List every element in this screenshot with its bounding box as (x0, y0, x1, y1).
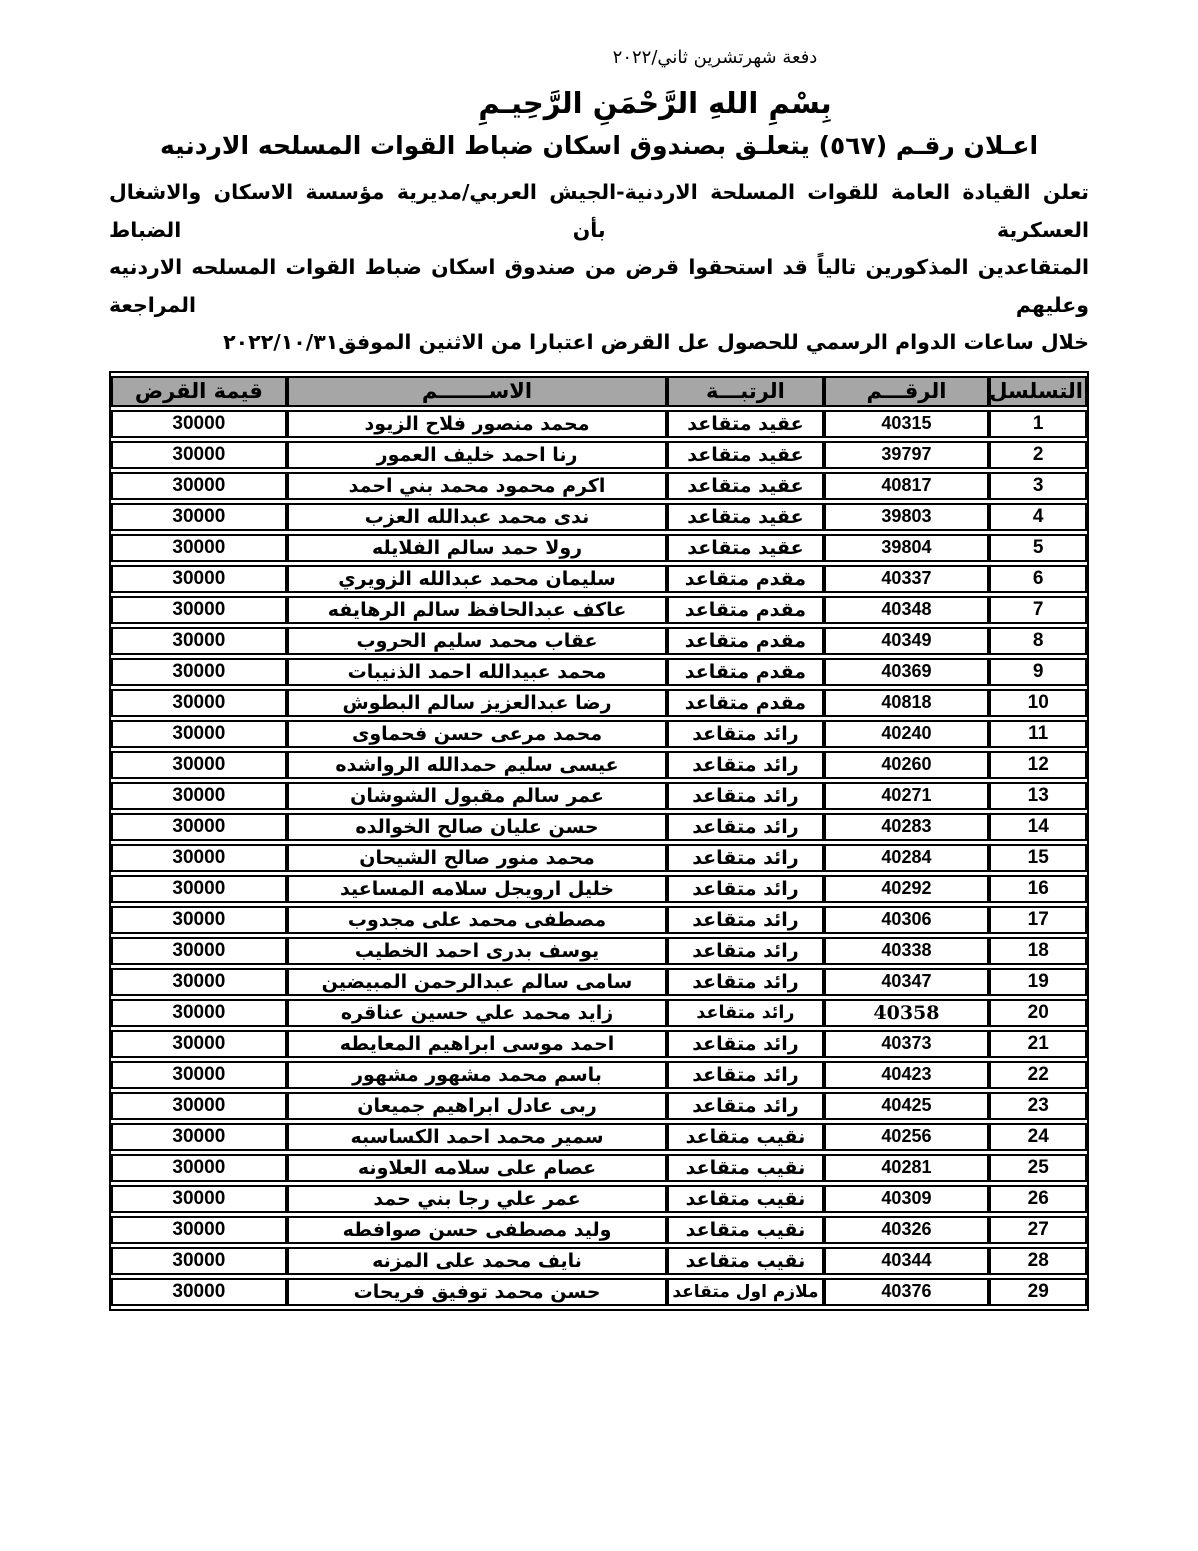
loan-cell: 30000 (111, 689, 287, 717)
number-cell: 40309 (824, 1185, 990, 1213)
body-line-3: خلال ساعات الدوام الرسمي للحصول عل القرض… (109, 324, 1089, 362)
number-cell: 40423 (824, 1061, 990, 1089)
loan-cell: 30000 (111, 751, 287, 779)
table-row: 21 40373 رائد متقاعد احمد موسى ابراهيم ا… (111, 1030, 1087, 1058)
number-cell: 40292 (824, 875, 990, 903)
name-cell: حسن عليان صالح الخوالده (287, 813, 668, 841)
table-row: 16 40292 رائد متقاعد خليل ارويجل سلامه ا… (111, 875, 1087, 903)
number-cell: 39804 (824, 534, 990, 562)
name-cell: سمير محمد احمد الكساسبه (287, 1123, 668, 1151)
loan-cell: 30000 (111, 503, 287, 531)
serial-cell: 3 (989, 472, 1087, 500)
number-cell: 40326 (824, 1216, 990, 1244)
rank-cell: رائد متقاعد (667, 1061, 823, 1089)
serial-cell: 5 (989, 534, 1087, 562)
batch-line: دفعة شهرتشرين ثاني/٢٠٢٢ (116, 46, 1198, 70)
table-row: 29 40376 ملازم اول متقاعد حسن محمد توفيق… (111, 1278, 1087, 1306)
serial-cell: 9 (989, 658, 1087, 686)
rank-cell: رائد متقاعد (667, 813, 823, 841)
loan-table-header: التسلسل الرقـــم الرتبـــة الاســـــــم … (111, 376, 1087, 407)
name-cell: سليمان محمد عبدالله الزويري (287, 565, 668, 593)
serial-cell: 8 (989, 627, 1087, 655)
header-number: الرقـــم (824, 376, 990, 407)
number-cell: 40358 (824, 999, 990, 1027)
body-line-1: تعلن القيادة العامة للقوات المسلحة الارد… (109, 174, 1089, 249)
number-cell: 40349 (824, 627, 990, 655)
number-cell: 40281 (824, 1154, 990, 1182)
table-row: 26 40309 نقيب متقاعد عمر علي رجا بني حمد… (111, 1185, 1087, 1213)
number-cell: 40818 (824, 689, 990, 717)
name-cell: زايد محمد علي حسين عناقره (287, 999, 668, 1027)
loan-cell: 30000 (111, 1185, 287, 1213)
serial-cell: 28 (989, 1247, 1087, 1275)
table-row: 18 40338 رائد متقاعد يوسف بدرى احمد الخط… (111, 937, 1087, 965)
header-name: الاســـــــم (287, 376, 668, 407)
table-row: 6 40337 مقدم متقاعد سليمان محمد عبدالله … (111, 565, 1087, 593)
name-cell: رولا حمد سالم الفلايله (287, 534, 668, 562)
rank-cell: نقيب متقاعد (667, 1154, 823, 1182)
serial-cell: 19 (989, 968, 1087, 996)
serial-cell: 13 (989, 782, 1087, 810)
loan-cell: 30000 (111, 906, 287, 934)
name-cell: مصطفى محمد على مجدوب (287, 906, 668, 934)
loan-cell: 30000 (111, 596, 287, 624)
loan-table-body: 1 40315 عقيد متقاعد محمد منصور فلاح الزي… (111, 410, 1087, 1306)
name-cell: رنا احمد خليف العمور (287, 441, 668, 469)
loan-cell: 30000 (111, 1061, 287, 1089)
rank-cell: مقدم متقاعد (667, 596, 823, 624)
name-cell: يوسف بدرى احمد الخطيب (287, 937, 668, 965)
loan-cell: 30000 (111, 534, 287, 562)
table-row: 19 40347 رائد متقاعد سامى سالم عبدالرحمن… (111, 968, 1087, 996)
table-row: 9 40369 مقدم متقاعد محمد عبيدالله احمد ا… (111, 658, 1087, 686)
loan-cell: 30000 (111, 1030, 287, 1058)
number-cell: 40338 (824, 937, 990, 965)
rank-cell: مقدم متقاعد (667, 565, 823, 593)
name-cell: اكرم محمود محمد بني احمد (287, 472, 668, 500)
loan-cell: 30000 (111, 658, 287, 686)
rank-cell: ملازم اول متقاعد (667, 1278, 823, 1306)
table-row: 24 40256 نقيب متقاعد سمير محمد احمد الكس… (111, 1123, 1087, 1151)
table-row: 28 40344 نقيب متقاعد نايف محمد على المزن… (111, 1247, 1087, 1275)
rank-cell: رائد متقاعد (667, 844, 823, 872)
rank-cell: رائد متقاعد (667, 968, 823, 996)
name-cell: عقاب محمد سليم الحروب (287, 627, 668, 655)
header-row: التسلسل الرقـــم الرتبـــة الاســـــــم … (111, 376, 1087, 407)
name-cell: محمد منصور فلاح الزيود (287, 410, 668, 438)
loan-cell: 30000 (111, 472, 287, 500)
serial-cell: 1 (989, 410, 1087, 438)
table-row: 7 40348 مقدم متقاعد عاكف عبدالحافظ سالم … (111, 596, 1087, 624)
rank-cell: مقدم متقاعد (667, 627, 823, 655)
number-cell: 40373 (824, 1030, 990, 1058)
table-row: 22 40423 رائد متقاعد باسم محمد مشهور مشه… (111, 1061, 1087, 1089)
number-cell: 40315 (824, 410, 990, 438)
number-cell: 40283 (824, 813, 990, 841)
serial-cell: 27 (989, 1216, 1087, 1244)
loan-cell: 30000 (111, 968, 287, 996)
header-loan: قيمة القرض (111, 376, 287, 407)
loan-cell: 30000 (111, 999, 287, 1027)
number-cell: 39797 (824, 441, 990, 469)
loan-cell: 30000 (111, 441, 287, 469)
serial-cell: 12 (989, 751, 1087, 779)
table-row: 5 39804 عقيد متقاعد رولا حمد سالم الفلاي… (111, 534, 1087, 562)
name-cell: ندى محمد عبدالله العزب (287, 503, 668, 531)
rank-cell: نقيب متقاعد (667, 1216, 823, 1244)
name-cell: احمد موسى ابراهيم المعايطه (287, 1030, 668, 1058)
serial-cell: 29 (989, 1278, 1087, 1306)
table-row: 8 40349 مقدم متقاعد عقاب محمد سليم الحرو… (111, 627, 1087, 655)
rank-cell: رائد متقاعد (667, 906, 823, 934)
table-row: 2 39797 عقيد متقاعد رنا احمد خليف العمور… (111, 441, 1087, 469)
serial-cell: 24 (989, 1123, 1087, 1151)
table-row: 3 40817 عقيد متقاعد اكرم محمود محمد بني … (111, 472, 1087, 500)
number-cell: 40240 (824, 720, 990, 748)
loan-cell: 30000 (111, 813, 287, 841)
number-cell: 40271 (824, 782, 990, 810)
rank-cell: رائد متقاعد (667, 1092, 823, 1120)
serial-cell: 4 (989, 503, 1087, 531)
serial-cell: 20 (989, 999, 1087, 1027)
rank-cell: رائد متقاعد (667, 937, 823, 965)
table-row: 10 40818 مقدم متقاعد رضا عبدالعزيز سالم … (111, 689, 1087, 717)
rank-cell: نقيب متقاعد (667, 1123, 823, 1151)
loan-cell: 30000 (111, 1154, 287, 1182)
table-row: 1 40315 عقيد متقاعد محمد منصور فلاح الزي… (111, 410, 1087, 438)
table-row: 12 40260 رائد متقاعد عيسى سليم حمدالله ا… (111, 751, 1087, 779)
rank-cell: مقدم متقاعد (667, 658, 823, 686)
document-page: دفعة شهرتشرين ثاني/٢٠٢٢ بِسْمِ اللهِ الر… (0, 0, 1198, 1311)
number-cell: 40337 (824, 565, 990, 593)
loan-cell: 30000 (111, 1092, 287, 1120)
name-cell: ربى عادل ابراهيم جميعان (287, 1092, 668, 1120)
number-cell: 39803 (824, 503, 990, 531)
table-row: 11 40240 رائد متقاعد محمد مرعى حسن فحماو… (111, 720, 1087, 748)
serial-cell: 10 (989, 689, 1087, 717)
serial-cell: 18 (989, 937, 1087, 965)
rank-cell: نقيب متقاعد (667, 1185, 823, 1213)
body-line-2: المتقاعدين المذكورين تالياً قد استحقوا ق… (109, 249, 1089, 324)
loan-cell: 30000 (111, 1216, 287, 1244)
announcement-body: تعلن القيادة العامة للقوات المسلحة الارد… (109, 174, 1089, 362)
number-cell: 40425 (824, 1092, 990, 1120)
serial-cell: 26 (989, 1185, 1087, 1213)
table-row: 14 40283 رائد متقاعد حسن عليان صالح الخو… (111, 813, 1087, 841)
table-row: 20 40358 رائد متقاعد زايد محمد علي حسين … (111, 999, 1087, 1027)
number-cell: 40348 (824, 596, 990, 624)
loan-cell: 30000 (111, 720, 287, 748)
number-cell: 40306 (824, 906, 990, 934)
bismillah-text: بِسْمِ اللهِ الرَّحْمَنِ الرَّحِيـمِ (56, 82, 1198, 124)
name-cell: سامى سالم عبدالرحمن المبيضين (287, 968, 668, 996)
rank-cell: رائد متقاعد (667, 1030, 823, 1058)
rank-cell: رائد متقاعد (667, 875, 823, 903)
loan-cell: 30000 (111, 937, 287, 965)
serial-cell: 25 (989, 1154, 1087, 1182)
name-cell: وليد مصطفى حسن صوافطه (287, 1216, 668, 1244)
name-cell: عصام على سلامه العلاونه (287, 1154, 668, 1182)
name-cell: حسن محمد توفيق فريحات (287, 1278, 668, 1306)
table-row: 4 39803 عقيد متقاعد ندى محمد عبدالله الع… (111, 503, 1087, 531)
number-cell: 40369 (824, 658, 990, 686)
name-cell: محمد منور صالح الشيحان (287, 844, 668, 872)
loan-cell: 30000 (111, 627, 287, 655)
name-cell: عمر سالم مقبول الشوشان (287, 782, 668, 810)
announcement-title: اعـلان رقـم (٥٦٧) يتعلـق بصندوق اسكان ضب… (0, 126, 1198, 166)
table-row: 13 40271 رائد متقاعد عمر سالم مقبول الشو… (111, 782, 1087, 810)
rank-cell: عقيد متقاعد (667, 472, 823, 500)
header-serial: التسلسل (989, 376, 1087, 407)
rank-cell: رائد متقاعد (667, 751, 823, 779)
name-cell: محمد مرعى حسن فحماوى (287, 720, 668, 748)
serial-cell: 15 (989, 844, 1087, 872)
number-cell: 40817 (824, 472, 990, 500)
rank-cell: رائد متقاعد (667, 782, 823, 810)
loan-cell: 30000 (111, 1123, 287, 1151)
serial-cell: 16 (989, 875, 1087, 903)
table-row: 23 40425 رائد متقاعد ربى عادل ابراهيم جم… (111, 1092, 1087, 1120)
loan-cell: 30000 (111, 782, 287, 810)
serial-cell: 14 (989, 813, 1087, 841)
serial-cell: 11 (989, 720, 1087, 748)
rank-cell: نقيب متقاعد (667, 1247, 823, 1275)
loan-cell: 30000 (111, 844, 287, 872)
serial-cell: 17 (989, 906, 1087, 934)
serial-cell: 21 (989, 1030, 1087, 1058)
name-cell: محمد عبيدالله احمد الذنيبات (287, 658, 668, 686)
loan-cell: 30000 (111, 1247, 287, 1275)
rank-cell: رائد متقاعد (667, 999, 823, 1027)
number-cell: 40284 (824, 844, 990, 872)
loan-cell: 30000 (111, 875, 287, 903)
rank-cell: عقيد متقاعد (667, 534, 823, 562)
number-cell: 40376 (824, 1278, 990, 1306)
name-cell: رضا عبدالعزيز سالم البطوش (287, 689, 668, 717)
rank-cell: عقيد متقاعد (667, 410, 823, 438)
header-rank: الرتبـــة (667, 376, 823, 407)
loan-table: التسلسل الرقـــم الرتبـــة الاســـــــم … (109, 371, 1089, 1311)
rank-cell: عقيد متقاعد (667, 441, 823, 469)
name-cell: عمر علي رجا بني حمد (287, 1185, 668, 1213)
name-cell: عاكف عبدالحافظ سالم الرهايفه (287, 596, 668, 624)
table-row: 15 40284 رائد متقاعد محمد منور صالح الشي… (111, 844, 1087, 872)
name-cell: نايف محمد على المزنه (287, 1247, 668, 1275)
name-cell: باسم محمد مشهور مشهور (287, 1061, 668, 1089)
number-cell: 40344 (824, 1247, 990, 1275)
serial-cell: 2 (989, 441, 1087, 469)
name-cell: عيسى سليم حمدالله الرواشده (287, 751, 668, 779)
number-cell: 40260 (824, 751, 990, 779)
serial-cell: 7 (989, 596, 1087, 624)
serial-cell: 6 (989, 565, 1087, 593)
rank-cell: عقيد متقاعد (667, 503, 823, 531)
loan-cell: 30000 (111, 565, 287, 593)
number-cell: 40256 (824, 1123, 990, 1151)
table-row: 25 40281 نقيب متقاعد عصام على سلامه العل… (111, 1154, 1087, 1182)
serial-cell: 22 (989, 1061, 1087, 1089)
loan-cell: 30000 (111, 1278, 287, 1306)
name-cell: خليل ارويجل سلامه المساعيد (287, 875, 668, 903)
number-cell: 40347 (824, 968, 990, 996)
table-row: 17 40306 رائد متقاعد مصطفى محمد على مجدو… (111, 906, 1087, 934)
loan-cell: 30000 (111, 410, 287, 438)
serial-cell: 23 (989, 1092, 1087, 1120)
rank-cell: مقدم متقاعد (667, 689, 823, 717)
rank-cell: رائد متقاعد (667, 720, 823, 748)
table-row: 27 40326 نقيب متقاعد وليد مصطفى حسن صواف… (111, 1216, 1087, 1244)
